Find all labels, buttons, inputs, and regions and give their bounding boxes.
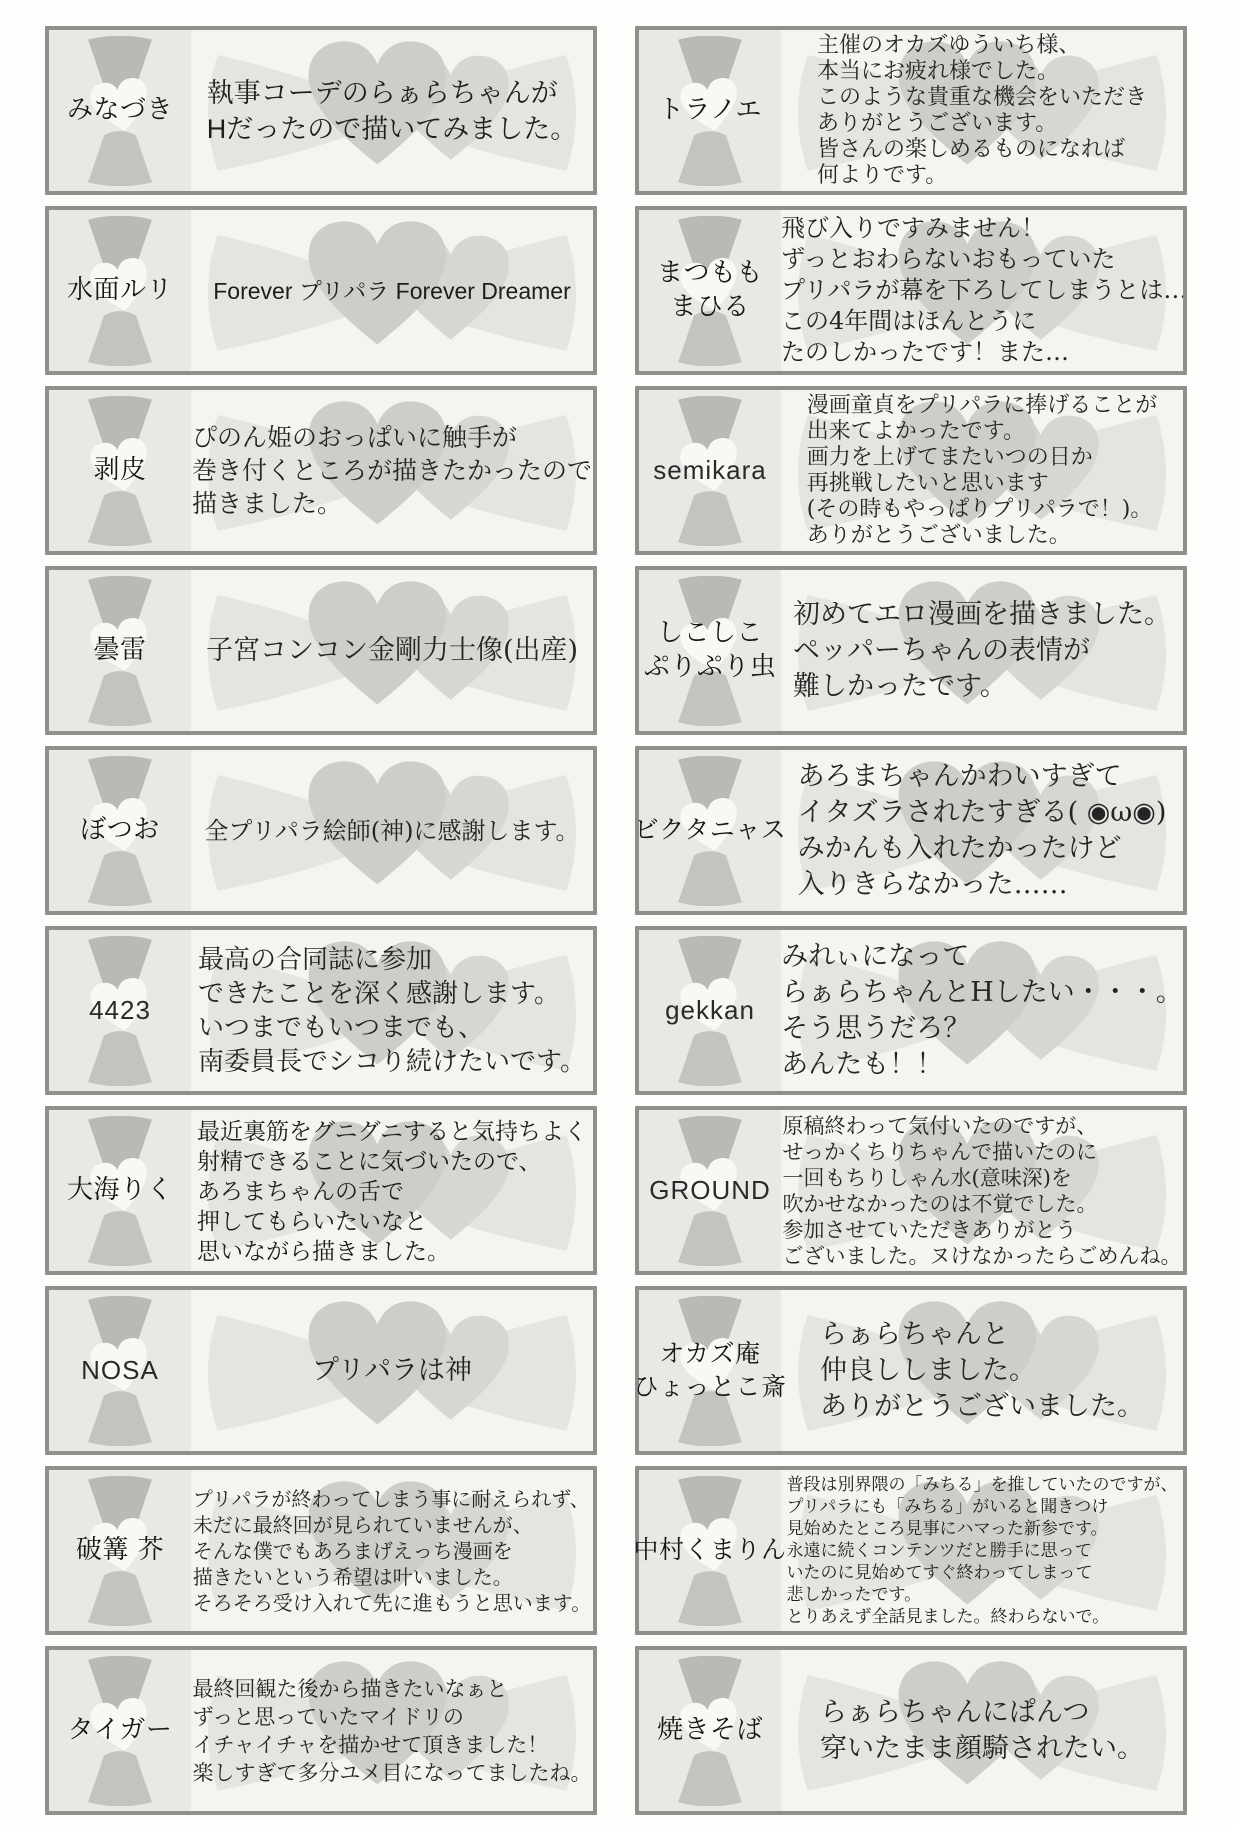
author-panel: ビクタニャス xyxy=(639,750,781,911)
right-column: トラノエ主催のオカズゆういち様、 本当にお疲れ様でした。 このような貴重な機会を… xyxy=(635,26,1187,1815)
comment-area: 初めてエロ漫画を描きました。 ペッパーちゃんの表情が 難しかったです。 xyxy=(781,570,1183,731)
author-panel: トラノエ xyxy=(639,30,781,191)
comment-box: 中村くまりん普段は別界隈の「みちる」を推していたのですが、 プリパラにも「みちる… xyxy=(635,1466,1187,1635)
comment-area: 子宮コンコン金剛力士像(出産) xyxy=(191,570,593,731)
comment-box: オカズ庵 ひょっとこ斎らぁらちゃんと 仲良ししました。 ありがとうございました。 xyxy=(635,1286,1187,1455)
author-name: 大海りく xyxy=(67,1174,173,1208)
author-panel: ぼつお xyxy=(49,750,191,911)
author-name: しこしこ ぷりぷり虫 xyxy=(644,617,777,685)
comment-box: 焼きそばらぁらちゃんにぱんつ 穿いたまま顔騎されたい。 xyxy=(635,1646,1187,1815)
comment-box: 剥皮ぴのん姫のおっぱいに触手が 巻き付くところが描きたかったので 描きました。 xyxy=(45,386,597,555)
comment-box: gekkanみれぃになって らぁらちゃんとHしたい・・・。 そう思うだろ？ あん… xyxy=(635,926,1187,1095)
comment-text: 執事コーデのらぁらちゃんが Hだったので描いてみました。 xyxy=(207,75,578,147)
author-panel: 曇雷 xyxy=(49,570,191,731)
comment-area: らぁらちゃんにぱんつ 穿いたまま顔騎されたい。 xyxy=(781,1650,1183,1811)
comment-text: Forever プリパラ Forever Dreamer xyxy=(213,276,571,306)
author-name: 4423 xyxy=(89,994,151,1028)
comment-area: プリパラが終わってしまう事に耐えられず、 未だに最終回が見られていませんが、 そ… xyxy=(191,1470,593,1631)
comment-box: semikara漫画童貞をプリパラに捧げることが 出来てよかったです。 画力を上… xyxy=(635,386,1187,555)
comment-area: らぁらちゃんと 仲良ししました。 ありがとうございました。 xyxy=(781,1290,1183,1451)
comment-box: ぼつお全プリパラ絵師(神)に感謝します。 xyxy=(45,746,597,915)
comment-box: ビクタニャスあろまちゃんかわいすぎて イタズラされたすぎる( ◉ω◉) みかんも… xyxy=(635,746,1187,915)
author-name: トラノエ xyxy=(658,94,762,128)
comment-text: 主催のオカズゆういち様、 本当にお疲れ様でした。 このような貴重な機会をいただき… xyxy=(817,33,1147,189)
comment-box: 水面ルリForever プリパラ Forever Dreamer xyxy=(45,206,597,375)
comment-area: 原稿終わって気付いたのですが、 せっかくちりちゃんで描いたのに 一回もちりしゃん… xyxy=(781,1110,1183,1271)
comment-area: ぴのん姫のおっぱいに触手が 巻き付くところが描きたかったので 描きました。 xyxy=(191,390,593,551)
comment-area: 飛び入りですみません！ ずっとおわらないおもっていた プリパラが幕を下ろしてしま… xyxy=(781,210,1183,371)
author-name: 剥皮 xyxy=(93,454,146,488)
author-name: みなづき xyxy=(67,94,173,128)
comment-area: 全プリパラ絵師(神)に感謝します。 xyxy=(191,750,593,911)
author-panel: 中村くまりん xyxy=(639,1470,781,1631)
comment-area: 主催のオカズゆういち様、 本当にお疲れ様でした。 このような貴重な機会をいただき… xyxy=(781,30,1183,191)
author-name: 中村くまりん xyxy=(634,1534,787,1567)
comment-area: みれぃになって らぁらちゃんとHしたい・・・。 そう思うだろ？ あんたも！！ xyxy=(781,930,1183,1091)
author-name: 焼きそば xyxy=(657,1714,763,1748)
comment-box: 曇雷子宮コンコン金剛力士像(出産) xyxy=(45,566,597,735)
comment-text: あろまちゃんかわいすぎて イタズラされたすぎる( ◉ω◉) みかんも入れたかった… xyxy=(798,759,1167,903)
author-name: ぼつお xyxy=(80,814,160,848)
author-panel: オカズ庵 ひょっとこ斎 xyxy=(639,1290,781,1451)
author-panel: まつもも まひる xyxy=(639,210,781,371)
comment-area: 最近裏筋をグニグニすると気持ちよく 射精できることに気づいたので、 あろまちゃん… xyxy=(191,1110,593,1271)
author-name: semikara xyxy=(653,454,766,488)
comment-text: 初めてエロ漫画を描きました。 ペッパーちゃんの表情が 難しかったです。 xyxy=(793,597,1171,705)
comment-text: みれぃになって らぁらちゃんとHしたい・・・。 そう思うだろ？ あんたも！！ xyxy=(781,939,1183,1083)
comment-area: 漫画童貞をプリパラに捧げることが 出来てよかったです。 画力を上げてまたいつの日… xyxy=(781,390,1183,551)
comment-box: 破篝 芥プリパラが終わってしまう事に耐えられず、 未だに最終回が見られていません… xyxy=(45,1466,597,1635)
comment-box: タイガー最終回観た後から描きたいなぁと ずっと思っていたマイドリの イチャイチャ… xyxy=(45,1646,597,1815)
author-panel: gekkan xyxy=(639,930,781,1091)
comment-text: 最終回観た後から描きたいなぁと ずっと思っていたマイドリの イチャイチャを描かせ… xyxy=(193,1675,592,1787)
comments-page: みなづき執事コーデのらぁらちゃんが Hだったので描いてみました。水面ルリFore… xyxy=(0,0,1234,1815)
comment-box: 4423最高の合同誌に参加 できたことを深く感謝します。 いつまでもいつまでも、… xyxy=(45,926,597,1095)
author-panel: GROUND xyxy=(639,1110,781,1271)
author-panel: 大海りく xyxy=(49,1110,191,1271)
author-name: タイガー xyxy=(68,1714,173,1748)
comment-text: 普段は別界隈の「みちる」を推していたのですが、 プリパラにも「みちる」がいると聞… xyxy=(787,1474,1178,1628)
left-column: みなづき執事コーデのらぁらちゃんが Hだったので描いてみました。水面ルリFore… xyxy=(45,26,597,1815)
comment-text: 子宮コンコン金剛力士像(出産) xyxy=(206,633,578,669)
comment-box: 大海りく最近裏筋をグニグニすると気持ちよく 射精できることに気づいたので、 あろ… xyxy=(45,1106,597,1275)
author-panel: NOSA xyxy=(49,1290,191,1451)
comment-area: Forever プリパラ Forever Dreamer xyxy=(191,210,593,371)
comment-text: プリパラが終わってしまう事に耐えられず、 未だに最終回が見られていませんが、 そ… xyxy=(193,1486,591,1616)
comment-area: プリパラは神 xyxy=(191,1290,593,1451)
comment-box: まつもも まひる飛び入りですみません！ ずっとおわらないおもっていた プリパラが… xyxy=(635,206,1187,375)
comment-text: 全プリパラ絵師(神)に感謝します。 xyxy=(204,815,579,847)
author-name: ビクタニャス xyxy=(634,814,787,847)
comment-area: 最終回観た後から描きたいなぁと ずっと思っていたマイドリの イチャイチャを描かせ… xyxy=(191,1650,593,1811)
author-panel: 水面ルリ xyxy=(49,210,191,371)
comment-box: NOSAプリパラは神 xyxy=(45,1286,597,1455)
comment-box: トラノエ主催のオカズゆういち様、 本当にお疲れ様でした。 このような貴重な機会を… xyxy=(635,26,1187,195)
comment-text: らぁらちゃんにぱんつ 穿いたまま顔騎されたい。 xyxy=(820,1695,1144,1767)
comment-area: あろまちゃんかわいすぎて イタズラされたすぎる( ◉ω◉) みかんも入れたかった… xyxy=(781,750,1183,911)
comment-box: GROUND原稿終わって気付いたのですが、 せっかくちりちゃんで描いたのに 一回… xyxy=(635,1106,1187,1275)
author-name: 水面ルリ xyxy=(67,274,173,308)
comment-text: プリパラは神 xyxy=(312,1353,472,1389)
comment-box: しこしこ ぷりぷり虫初めてエロ漫画を描きました。 ペッパーちゃんの表情が 難しか… xyxy=(635,566,1187,735)
author-name: GROUND xyxy=(649,1174,771,1208)
author-panel: みなづき xyxy=(49,30,191,191)
comment-box: みなづき執事コーデのらぁらちゃんが Hだったので描いてみました。 xyxy=(45,26,597,195)
comment-text: 最高の合同誌に参加 できたことを深く感謝します。 いつまでもいつまでも、 南委員… xyxy=(198,943,586,1079)
author-panel: しこしこ ぷりぷり虫 xyxy=(639,570,781,731)
author-panel: semikara xyxy=(639,390,781,551)
comment-area: 執事コーデのらぁらちゃんが Hだったので描いてみました。 xyxy=(191,30,593,191)
author-panel: 破篝 芥 xyxy=(49,1470,191,1631)
author-panel: タイガー xyxy=(49,1650,191,1811)
comment-text: 飛び入りですみません！ ずっとおわらないおもっていた プリパラが幕を下ろしてしま… xyxy=(781,213,1183,368)
comment-text: ぴのん姫のおっぱいに触手が 巻き付くところが描きたかったので 描きました。 xyxy=(192,421,592,520)
comment-text: 最近裏筋をグニグニすると気持ちよく 射精できることに気づいたので、 あろまちゃん… xyxy=(197,1116,587,1266)
comment-area: 最高の合同誌に参加 できたことを深く感謝します。 いつまでもいつまでも、 南委員… xyxy=(191,930,593,1091)
comment-area: 普段は別界隈の「みちる」を推していたのですが、 プリパラにも「みちる」がいると聞… xyxy=(781,1470,1183,1631)
author-name: 曇雷 xyxy=(93,634,146,668)
comment-text: 原稿終わって気付いたのですが、 せっかくちりちゃんで描いたのに 一回もちりしゃん… xyxy=(783,1113,1182,1269)
author-name: オカズ庵 ひょっとこ斎 xyxy=(634,1338,787,1403)
author-name: 破篝 芥 xyxy=(76,1534,164,1568)
comment-text: 漫画童貞をプリパラに捧げることが 出来てよかったです。 画力を上げてまたいつの日… xyxy=(807,393,1157,549)
author-panel: 4423 xyxy=(49,930,191,1091)
author-panel: 剥皮 xyxy=(49,390,191,551)
author-name: NOSA xyxy=(81,1354,159,1388)
comment-text: らぁらちゃんと 仲良ししました。 ありがとうございました。 xyxy=(820,1317,1144,1425)
author-name: gekkan xyxy=(665,994,755,1028)
author-panel: 焼きそば xyxy=(639,1650,781,1811)
author-name: まつもも まひる xyxy=(657,257,763,325)
